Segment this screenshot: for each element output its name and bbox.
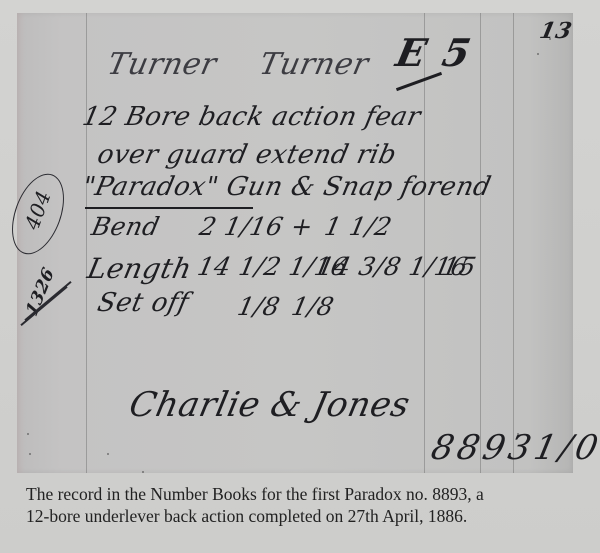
reference-superscript: 13: [537, 18, 574, 44]
measurement-label-set-off: Set off: [95, 288, 192, 318]
caption-line-1: The record in the Number Books for the f…: [26, 483, 586, 505]
measurement-label-length: Length: [84, 252, 194, 285]
description-line: "Paradox" Gun & Snap forend: [80, 172, 494, 202]
description-line: 12 Bore back action fear: [80, 102, 424, 132]
measurement-label-bend: Bend: [89, 212, 162, 241]
paper-speck: [107, 453, 109, 455]
serial-number-suffix: 1/0: [530, 428, 600, 468]
measurement-value: 1 1/2: [322, 212, 395, 241]
paper-speck: [142, 471, 144, 473]
measurement-value: 15: [440, 252, 479, 281]
customer-name-right: Turner: [256, 47, 372, 82]
ledger-rule-line: [480, 13, 481, 473]
serial-number: 88931/0: [428, 428, 600, 468]
reference-number: E 5: [392, 30, 476, 75]
description-line: over guard extend rib: [95, 140, 399, 170]
ledger-rule-line: [513, 13, 514, 473]
measurement-value: 2 1/16 +: [197, 212, 316, 241]
measurement-value: 1/8: [235, 292, 283, 321]
customer-name-left: Turner: [104, 47, 220, 82]
paper-speck: [27, 433, 29, 435]
measurement-value: 1/8: [289, 292, 337, 321]
paper-speck: [537, 53, 539, 55]
caption-line-2: 12-bore underlever back action completed…: [26, 505, 586, 527]
paper-speck: [29, 453, 31, 455]
serial-number-digits: 8893: [428, 428, 539, 468]
figure-caption: The record in the Number Books for the f…: [26, 483, 586, 527]
ledger-rule-line: [86, 13, 87, 473]
paradox-underline: [85, 207, 253, 209]
ledger-rule-line: [424, 13, 425, 473]
maker-signature: Charlie & Jones: [126, 385, 414, 425]
